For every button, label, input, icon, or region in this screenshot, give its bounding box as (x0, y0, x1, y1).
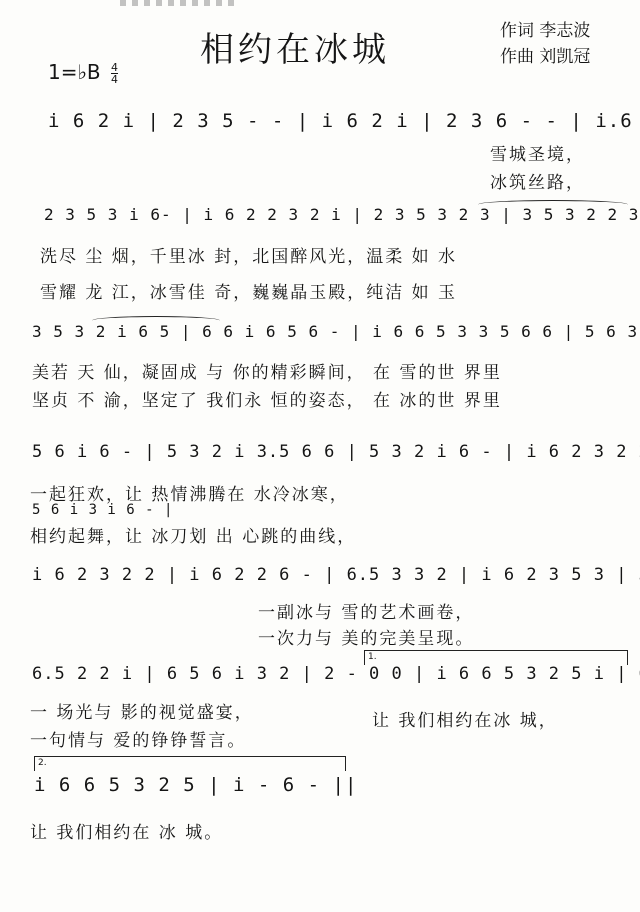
notation-line-7: i 6 6 5 3 2 5 | i - 6 - || (34, 774, 357, 796)
lyric-line-3a: 美若 天 仙，凝固成 与 你的精彩瞬间， 在 雪的世 界里 (32, 358, 502, 383)
song-title: 相约在冰城 (200, 22, 390, 71)
notation-line-3: 3 5 3 2 i 6 5 | 6 6 i 6 5 6 - | i 6 6 5 … (32, 322, 640, 341)
lyric-line-5b: 一次力与 美的完美呈现。 (258, 624, 474, 649)
notation-line-6: 6.5 2 2 i | 6 5 6 i 3 2 | 2 - 0 0 | i 6 … (32, 664, 640, 684)
notation-line-5: i 6 2 3 2 2 | i 6 2 2 6 - | 6.5 3 3 2 | … (32, 565, 640, 585)
composer-credit: 作曲 刘凯冠 (500, 44, 590, 70)
lyric-line-5a: 一副冰与 雪的艺术画卷， (258, 598, 474, 623)
lyric-line-1a: 雪城圣境， (490, 140, 585, 165)
lyric-line-2b: 雪耀 龙 江，冰雪佳 奇，巍巍晶玉殿，纯洁 如 玉 (40, 278, 457, 303)
lyric-line-3b: 坚贞 不 渝，坚定了 我们永 恒的姿态， 在 冰的世 界里 (32, 386, 502, 411)
lyric-line-6a: 一 场光与 影的视觉盛宴， (30, 698, 254, 723)
key-label: 1=♭B (48, 60, 101, 84)
lyric-volta-1: 让 我们相约在冰 城， (372, 706, 558, 731)
volta-bracket-1 (364, 650, 628, 665)
notation-line-4: 5 6 i 6 - | 5 3 2 i 3.5 6 6 | 5 3 2 i 6 … (32, 442, 640, 462)
notation-line-2: 2 3 5 3 i 6- | i 6 2 2 3 2 i | 2 3 5 3 2… (44, 205, 640, 224)
notation-line-1: i 6 2 i | 2 3 5 - - | i 6 2 i | 2 3 6 - … (48, 110, 640, 132)
notation-line-4-alt: 5 6 i 3 i 6 - | (32, 502, 173, 518)
lyric-line-2a: 洗尽 尘 烟，千里冰 封，北国醉风光，温柔 如 水 (40, 242, 457, 267)
lyric-line-4b: 相约起舞，让 冰刀划 出 心跳的曲线， (30, 522, 356, 547)
lyric-line-1b: 冰筑丝路， (490, 168, 585, 193)
credits: 作词 李志波 作曲 刘凯冠 (500, 18, 590, 70)
lyric-line-6b: 一句情与 爱的铮铮誓言。 (30, 726, 246, 751)
lyricist-credit: 作词 李志波 (500, 18, 590, 44)
scan-smudge (120, 0, 240, 6)
volta-bracket-2 (34, 756, 346, 771)
volta-number-2: 2. (38, 758, 47, 768)
time-signature: 4 4 (111, 62, 118, 85)
key-signature: 1=♭B 4 4 (48, 60, 118, 85)
volta-number-1: 1. (368, 652, 377, 662)
lyric-line-7: 让 我们相约在 冰 城。 (30, 818, 223, 843)
